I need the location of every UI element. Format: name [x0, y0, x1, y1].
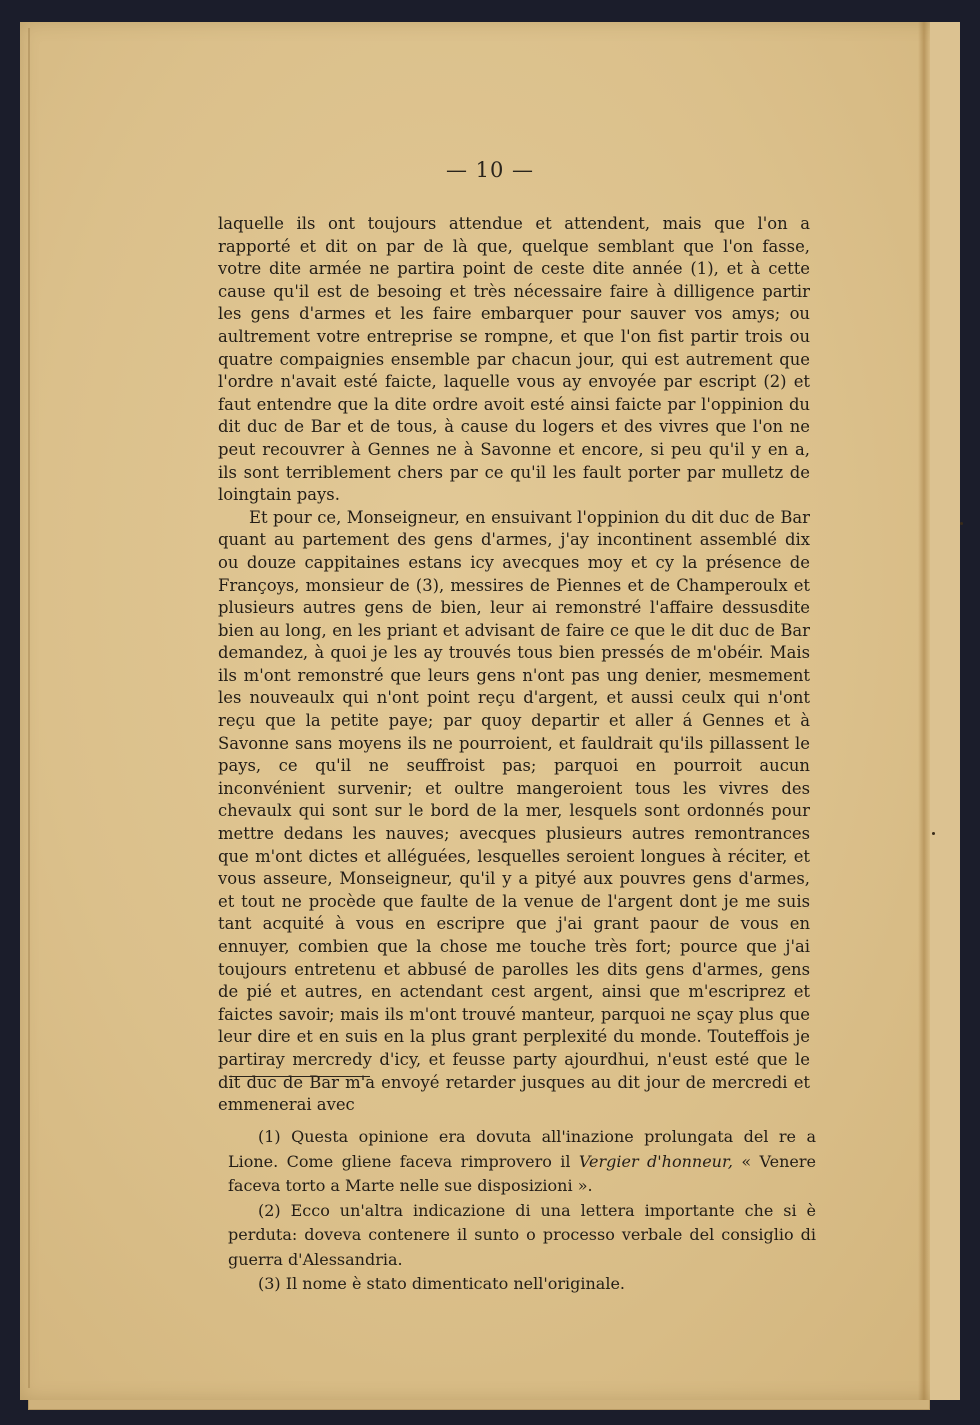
book-gutter: [918, 22, 930, 1400]
body-text: laquelle ils ont toujours attendue et at…: [218, 213, 810, 1117]
page-number: — 10 —: [20, 158, 960, 182]
footnote-3: (3) Il nome è stato dimenticato nell'ori…: [228, 1272, 816, 1297]
paper-speck: [932, 832, 935, 835]
paper-speck: [960, 522, 963, 525]
paragraph-2: Et pour ce, Monseigneur, en ensuivant l'…: [218, 507, 810, 1117]
footnote-1: (1) Questa opinione era dovuta all'inazi…: [228, 1125, 816, 1199]
page-edge-shadow: [28, 28, 30, 1388]
scanned-page: — 10 — laquelle ils ont toujours attendu…: [20, 22, 960, 1400]
paragraph-1: laquelle ils ont toujours attendue et at…: [218, 213, 810, 507]
footnote-1-title: Vergier d'honneur,: [579, 1152, 733, 1171]
footnotes: (1) Questa opinione era dovuta all'inazi…: [228, 1125, 816, 1297]
footnote-2: (2) Ecco un'altra indicazione di una let…: [228, 1199, 816, 1273]
adjacent-page-strip: [930, 22, 960, 1400]
footnote-separator: [229, 1076, 370, 1077]
